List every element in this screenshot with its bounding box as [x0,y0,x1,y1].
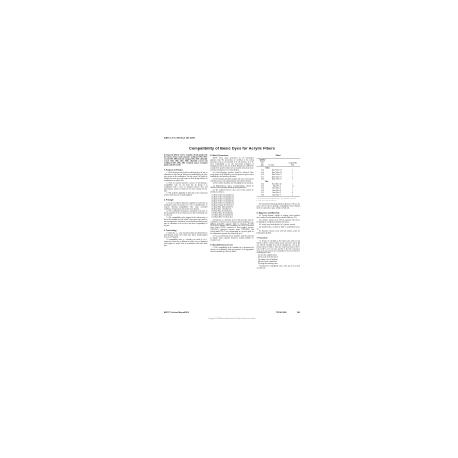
body-paragraph: 6.1 Dyeing machine, capable of rotating … [257,215,300,219]
body-paragraph: 1.2 This test method provides a means of… [164,182,207,192]
development-note: Developed in 1974 by AATCC Committee RA3… [164,155,207,167]
table-i-grid: Amount of Standard Dye (g/L)C.I. NameCom… [257,158,300,197]
body-paragraph: 7.2 Report the compatibility value of th… [257,266,300,270]
table-row: 0.06Basic Blue 775 [257,194,300,197]
section-heading: 6. Apparatus and Materials [257,212,300,214]
text-column-1: Developed in 1974 by AATCC Committee RA3… [164,155,207,270]
body-paragraph: The international dyeing standards metho… [257,203,300,209]
section-heading: 1. Purpose and Scope [164,169,207,171]
body-paragraph: 1.1 In the dyeing of acrylic fibers with… [164,172,207,182]
text-columns: Developed in 1974 by AATCC Committee RA3… [164,155,300,270]
text-column-3: Table IAmount of Standard Dye (g/L)C.I. … [257,155,300,270]
table-header-row: Amount of Standard Dye (g/L)C.I. NameCom… [257,158,300,166]
body-paragraph: 6.4 Standard dyes, as listed in Table I,… [257,226,300,230]
dye-list: (1) rinse the sampled skeins;(2) dry awa… [258,255,300,265]
body-paragraph: 1.3 The method is applicable to basic dy… [164,193,207,197]
body-paragraph: 3.1 basic dye, n.—a dye characterized by… [164,233,207,239]
body-paragraph: 3.2 compatibility value, n.—a number, on… [164,239,207,247]
section-heading: 2. Principle [164,199,207,201]
body-paragraph: 4.5 The standard reference dyes used in … [210,190,253,194]
body-paragraph: 2.3 The compatibility value assigned to … [164,217,207,227]
document-page: AATCC Test Method 141-2009 Compatibility… [0,0,458,458]
table-i: Table IAmount of Standard Dye (g/L)C.I. … [257,155,300,201]
doc-title: Compatibility of Basic Dyes for Acrylic … [164,146,300,150]
footer-method-id: TM 141-2009 [276,312,286,314]
footer-left: AATCC Technical Manual/2010 [164,312,189,314]
page-content: AATCC Test Method 141-2009 Compatibility… [164,137,300,322]
table-header-cell: Amount of Standard Dye (g/L) [257,158,268,166]
table-cell: 5 [285,194,300,197]
table-cell: 0.06 [257,194,268,197]
section-heading: 3. Terminology [164,230,207,232]
body-paragraph: 4.1 Good laboratory practices should be … [210,172,253,178]
doc-header-meta: AATCC Test Method 141-2009 [164,137,300,139]
copyright-line: Copyright © 2009 American Association of… [164,318,300,320]
table-cell: Basic Blue 77 [268,194,285,197]
body-paragraph: NOTE: These safety precautions are for i… [210,158,253,172]
section-heading: 7. Procedure [257,237,300,239]
body-paragraph: 2.1 A dye of unknown behavior is applied… [164,202,207,210]
body-paragraph: 2.2 The combination dyeings are interrup… [164,211,207,217]
footer-right: TM 141-2009243 [276,312,300,314]
text-column-2: 4. Safety PrecautionsNOTE: These safety … [210,155,253,270]
body-paragraph: 4.2 All chemicals should be handled with… [210,178,253,182]
table-header-cell: Compatibility Value [285,158,300,166]
page-number: 243 [297,312,300,314]
table-footnote: *Dye lots used to establish this scale m… [257,198,300,201]
section-heading: 5. Standard Dyes (see 9.1) [210,244,253,246]
table-label: Table I [257,155,300,157]
body-paragraph: 4.7 An eyewash/safety shower should be l… [210,235,253,241]
body-paragraph: 4.6 Exposure to chemicals used in this p… [210,219,253,235]
body-paragraph: 4.4 Manufacturer's safety recommendation… [210,185,253,189]
dye-list: (1) Basic Yellow 53 (standard 1);(2) Bas… [212,194,254,218]
page-footer: AATCC Technical Manual/2010 TM 141-20092… [164,312,300,314]
section-heading: 4. Safety Precautions [210,155,253,157]
body-paragraph: 7.1 Prepare the dyebath at 40:1 liquor r… [257,240,300,254]
table-header-cell: C.I. Name [268,158,285,166]
body-paragraph: 6.2 Canisters, stainless steel, 500 mL c… [257,219,300,223]
body-paragraph: 6.5 Retarder, cationic; acetic acid and … [257,231,300,235]
body-paragraph: 5.1 The compatibility of the candidate d… [210,247,253,253]
